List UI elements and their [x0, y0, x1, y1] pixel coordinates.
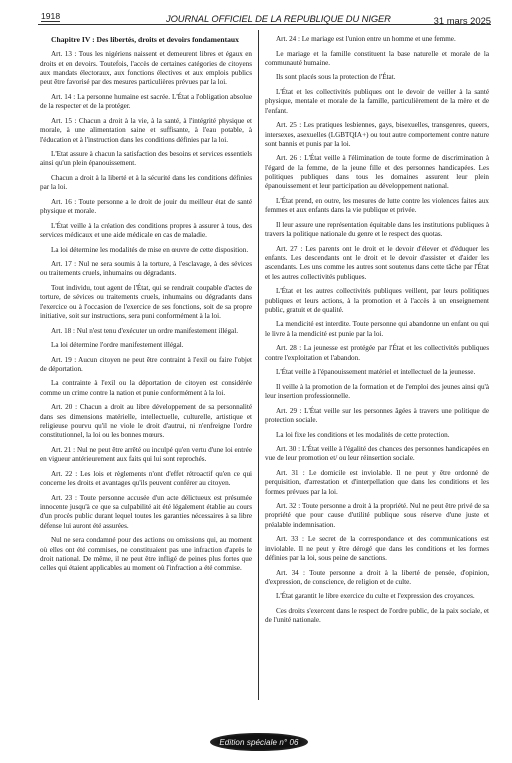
page-number: 1918	[41, 11, 60, 22]
paragraph: Il leur assure une représentation équita…	[265, 221, 489, 240]
paragraph: Art. 18 : Nul n'est tenu d'exécuter un o…	[40, 327, 252, 336]
journal-page: 1918 JOURNAL OFFICIEL DE LA REPUBLIQUE D…	[0, 0, 512, 763]
journal-title: JOURNAL OFFICIEL DE LA REPUBLIQUE DU NIG…	[166, 12, 391, 26]
paragraph: La loi fixe les conditions et les modali…	[265, 431, 489, 440]
paragraph: L'État prend, en outre, les mesures de l…	[265, 197, 489, 216]
paragraph: Le mariage et la famille constituent la …	[265, 50, 489, 69]
publication-date: 31 mars 2025	[434, 14, 491, 28]
paragraph: Ces droits s'exercent dans le respect de…	[265, 607, 489, 626]
paragraph: Art. 15 : Chacun a droit à la vie, à la …	[40, 117, 252, 145]
paragraph: Art. 23 : Toute personne accusée d'un ac…	[40, 494, 252, 531]
paragraph: Art. 16 : Toute personne a le droit de j…	[40, 198, 252, 217]
right-column: Art. 24 : Le mariage est l'union entre u…	[265, 35, 489, 631]
paragraph: La loi détermine les modalités de mise e…	[40, 246, 252, 255]
paragraph: Art. 31 : Le domicile est inviolable. Il…	[265, 469, 489, 497]
left-column: Chapitre IV : Des libertés, droits et de…	[40, 35, 252, 579]
paragraph: Art. 30 : L'État veille à l'égalité des …	[265, 445, 489, 464]
paragraph: L'État veille à l'épanouissement matérie…	[265, 368, 489, 377]
paragraph: Art. 33 : Le secret de la correspondance…	[265, 535, 489, 563]
paragraph: Art. 28 : La jeunesse est protégée par l…	[265, 344, 489, 363]
paragraph: Art. 25 : Les pratiques lesbiennes, gays…	[265, 121, 489, 149]
chapter-title: Chapitre IV : Des libertés, droits et de…	[40, 35, 252, 44]
paragraph: Art. 14 : La personne humaine est sacrée…	[40, 93, 252, 112]
paragraph: Ils sont placés sous la protection de l'…	[265, 73, 489, 82]
paragraph: Tout individu, tout agent de l'État, qui…	[40, 284, 252, 321]
paragraph: La loi détermine l'ordre manifestement i…	[40, 341, 252, 350]
paragraph: Art. 34 : Toute personne a droit à la li…	[265, 569, 489, 588]
paragraph: L'État garantit le libre exercice du cul…	[265, 592, 489, 601]
paragraph: Art. 32 : Toute personne a droit à la pr…	[265, 502, 489, 530]
paragraph: Art. 26 : L'État veille à l'élimination …	[265, 154, 489, 191]
paragraph: L'État veille à la création des conditio…	[40, 222, 252, 241]
paragraph: Art. 27 : Les parents ont le droit et le…	[265, 245, 489, 282]
paragraph: L'Etat assure à chacun la satisfaction d…	[40, 150, 252, 169]
page-header: 1918 JOURNAL OFFICIEL DE LA REPUBLIQUE D…	[38, 8, 491, 25]
paragraph: Nul ne sera condamné pour des actions ou…	[40, 536, 252, 573]
paragraph: L'État et les collectivités publiques on…	[265, 88, 489, 116]
paragraph: L'État et les autres collectivités publi…	[265, 287, 489, 315]
column-divider	[258, 30, 259, 700]
paragraph: Art. 22 : Les lois et règlements n'ont d…	[40, 470, 252, 489]
paragraph: Art. 24 : Le mariage est l'union entre u…	[265, 35, 489, 44]
paragraph: Art. 19 : Aucun citoyen ne peut être con…	[40, 356, 252, 375]
paragraph: Il veille à la promotion de la formation…	[265, 383, 489, 402]
paragraph: Art. 29 : L'État veille sur les personne…	[265, 407, 489, 426]
edition-badge: Edition spéciale n° 06	[210, 733, 308, 751]
paragraph: Art. 17 : Nul ne sera soumis à la tortur…	[40, 260, 252, 279]
paragraph: Art. 20 : Chacun a droit au libre dévelo…	[40, 403, 252, 440]
paragraph: Chacun a droit à la liberté et à la sécu…	[40, 174, 252, 193]
paragraph: La contrainte à l'exil ou la déportation…	[40, 379, 252, 398]
paragraph: La mendicité est interdite. Toute person…	[265, 320, 489, 339]
paragraph: Art. 13 : Tous les nigériens naissent et…	[40, 50, 252, 87]
paragraph: Art. 21 : Nul ne peut être arrêté ou inc…	[40, 446, 252, 465]
